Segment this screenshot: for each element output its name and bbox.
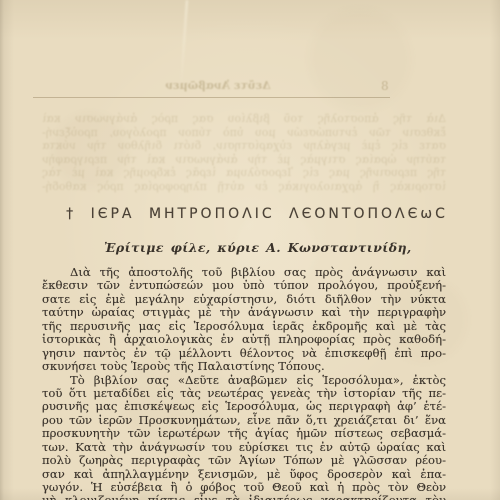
body-line: μὴ κλονιζομένη πίστις εἶνε τὰ ἰδιαιτέρως…: [42, 494, 446, 500]
bleedthrough-running-header: Δεῦτε Ἀναβῶμεν: [128, 79, 308, 92]
bleedthrough-line: Διὰ τῆς ἀποστολῆς τοῦ βιβλίου σας πρὸς ἀ…: [42, 112, 446, 126]
body-line: ρου τῶν ἱερῶν Προσκυνημάτων, εἶνε πᾶν ὅ,…: [42, 414, 446, 427]
body-line: ρυσινῆς μας ἐπισκέψεως εἰς Ἱεροσόλυμα, ὡ…: [42, 400, 446, 413]
body-line: Τὸ βιβλίον σας «Δεῦτε ἀναβῶμεν εἰς Ἱεροσ…: [42, 374, 446, 387]
bleedthrough-page-number: 8: [381, 79, 389, 93]
bleedthrough-line: τῆς περυσινῆς μας εἰς Ἱεροσόλυμα ἱερᾶς ἐ…: [42, 166, 446, 180]
body-line: των. Κατὰ τὴν ἀνάγνωσίν του εὑρίσκει τις…: [42, 441, 446, 454]
body-line: ἔκθεσιν τῶν ἐντυπώσεών μου ὑπὸ τύπον προ…: [42, 279, 446, 292]
paper-crease: [180, 0, 188, 86]
body-line: γησιν παντὸς ἐν τῷ μέλλοντι θέλοντος νὰ …: [42, 347, 446, 360]
body-line: ταύτην ὡραίας στιγμὰς μὲ τὴν ἀνάγνωσιν κ…: [42, 306, 446, 319]
body-line: τοῦ ὅτι μεταδίδει εἰς τὰς νεωτέρας γενεὰ…: [42, 387, 446, 400]
body-line: σαν καὶ ἀπηλλαγμένην ξενισμῶν, μὲ ὕφος δ…: [42, 468, 446, 481]
page-title: † ΙЄΡΑ ΜΗΤΡΟΠΟΛΙC ΛЄΟΝΤΟΠΟΛЄωC: [62, 206, 452, 222]
bleedthrough-line: ἔκθεσιν τῶν ἐντυπώσεών μου ὑπὸ τύπον προ…: [42, 126, 446, 140]
bleedthrough-line: σατε εἰς ἐμὲ μεγάλην εὐχαρίστησιν, διότι…: [42, 139, 446, 153]
bleedthrough-text-block: Διὰ τῆς ἀποστολῆς τοῦ βιβλίου σας πρὸς ἀ…: [42, 112, 446, 193]
bleedthrough-header-rule: [33, 97, 390, 98]
scanned-book-page: Δεῦτε Ἀναβῶμεν 8 Διὰ τῆς ἀποστολῆς τοῦ β…: [0, 0, 500, 500]
body-line: ἱστορικὰς ἢ ἀρχαιολογικὰς ἐν αὐτῇ πληροφ…: [42, 333, 446, 346]
body-line: Διὰ τῆς ἀποστολῆς τοῦ βιβλίου σας πρὸς ἀ…: [42, 266, 446, 279]
body-line: προσκυνητὴν τῶν ἱερωτέρων τῆς ἁγίας ἡμῶν…: [42, 427, 446, 440]
body-line: τῆς περυσινῆς μας εἰς Ἱεροσόλυμα ἱερᾶς ἐ…: [42, 320, 446, 333]
letter-salutation: Ἐρίτιμε φίλε, κύριε Α. Κωνσταντινίδη,: [104, 240, 412, 255]
body-line: πολὺ ζωηρὰς περιγραφὰς τῶν Ἁγίων Τόπων μ…: [42, 454, 446, 467]
body-line: σατε εἰς ἐμὲ μεγάλην εὐχαρίστησιν, διότι…: [42, 293, 446, 306]
bleedthrough-line: ἱστορικὰς ἢ ἀρχαιολογικὰς ἐν αὐτῇ πληροφ…: [42, 180, 446, 194]
bleedthrough-line: ταύτην ὡραίας στιγμὰς μὲ τὴν ἀνάγνωσιν κ…: [42, 153, 446, 167]
body-line: σκυνήσει τοὺς Ἱεροὺς τῆς Παλαιστίνης Τόπ…: [42, 360, 446, 373]
letter-body: Διὰ τῆς ἀποστολῆς τοῦ βιβλίου σας πρὸς ἀ…: [42, 266, 446, 500]
